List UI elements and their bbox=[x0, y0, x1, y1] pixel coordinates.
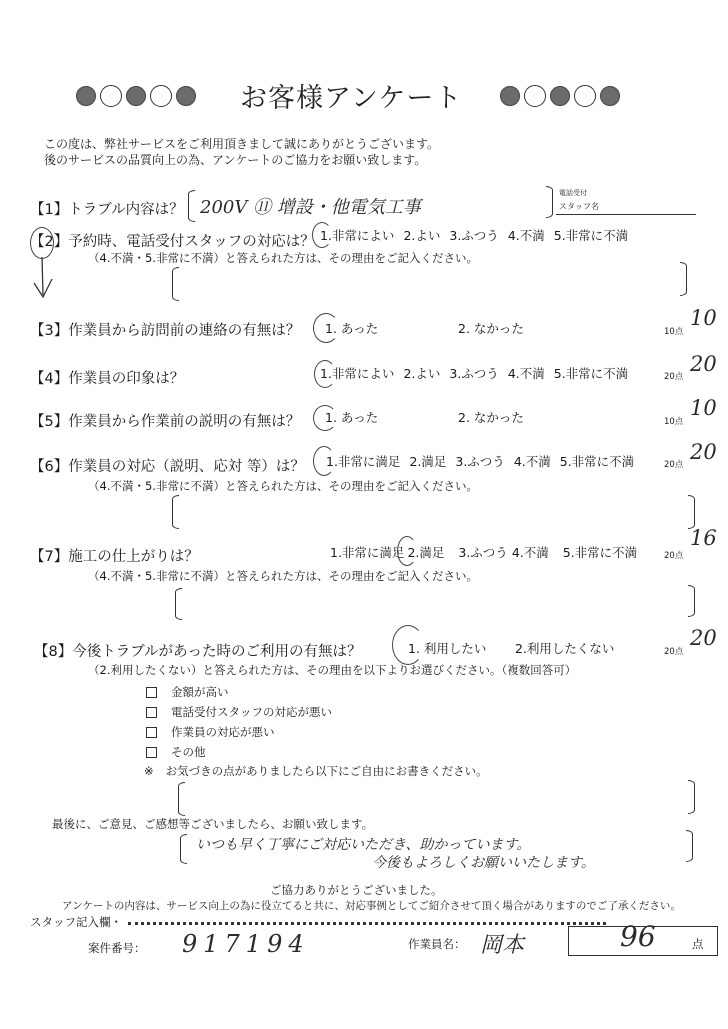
filled-circle-icon bbox=[550, 86, 570, 106]
decorative-dots-right bbox=[500, 86, 620, 107]
reference-mark-icon: ※ bbox=[144, 764, 154, 778]
q8-option-1[interactable]: 1. 利用したい bbox=[408, 639, 486, 657]
q4-option-2[interactable]: 2.よい bbox=[403, 366, 440, 381]
q6-reason-bracket-right bbox=[688, 495, 695, 529]
checkbox[interactable] bbox=[146, 707, 157, 718]
q2-label: 【2】予約時、電話受付スタッフの対応は？ bbox=[30, 230, 315, 251]
q2-option-4[interactable]: 4.不満 bbox=[508, 228, 545, 243]
q1-answer-field[interactable]: 200V ⑪ 增設・他電気工事 bbox=[200, 193, 421, 219]
closing-prompt: 最後に、ご意見、ご感想等ございましたら、お願い致します。 bbox=[52, 816, 373, 832]
q7-text: 施工の仕上がりは？ bbox=[68, 549, 199, 565]
arrow-down-icon bbox=[32, 257, 56, 301]
q6-option-1[interactable]: 1.非常に満足 bbox=[326, 454, 400, 469]
q5-number: 【5】 bbox=[30, 414, 68, 430]
filled-circle-icon bbox=[126, 86, 146, 106]
q6-number: 【6】 bbox=[30, 459, 68, 475]
q4-option-4[interactable]: 4.不満 bbox=[508, 366, 545, 381]
q1-label: 【1】トラブル内容は？ bbox=[30, 198, 184, 219]
checkbox[interactable] bbox=[146, 727, 157, 738]
comment-bracket-left bbox=[180, 834, 187, 864]
checkbox-label: 作業員の対応が悪い bbox=[171, 725, 275, 739]
q8-text: 今後トラブルがあった時のご利用の有無は？ bbox=[72, 644, 361, 660]
disclaimer-text: アンケートの内容は、サービス向上の為に役立てると共に、対応事例としてご紹介させて… bbox=[62, 898, 681, 913]
q7-option-4[interactable]: 4.不満 bbox=[512, 545, 549, 560]
q2-reason-prompt: （4.不満・5.非常に不満）と答えられた方は、その理由をご記入ください。 bbox=[88, 250, 478, 266]
q6-max-points: 20点 bbox=[664, 458, 683, 470]
q6-option-5[interactable]: 5.非常に不満 bbox=[560, 454, 634, 469]
q6-score[interactable]: 20 bbox=[690, 440, 717, 464]
q5-label: 【5】作業員から作業前の説明の有無は？ bbox=[30, 410, 300, 431]
intro-line-1: この度は、弊社サービスをご利用頂きまして誠にありがとうございます。 bbox=[44, 136, 439, 152]
q6-option-4[interactable]: 4.不満 bbox=[514, 454, 551, 469]
q2-selected-circle bbox=[312, 222, 332, 248]
q3-option-1[interactable]: 1. あった bbox=[325, 319, 378, 337]
q7-score[interactable]: 16 bbox=[690, 526, 717, 550]
q5-text: 作業員から作業前の説明の有無は？ bbox=[68, 414, 300, 430]
q8-free-bracket-left bbox=[178, 782, 185, 816]
q4-max-points: 20点 bbox=[664, 370, 683, 382]
q2-reason-bracket-left bbox=[172, 267, 179, 301]
score-unit: 点 bbox=[692, 936, 704, 952]
q6-option-3[interactable]: 3.ふつう bbox=[455, 454, 504, 469]
q5-score[interactable]: 10 bbox=[690, 396, 717, 420]
q8-free-text-field[interactable] bbox=[186, 782, 686, 812]
q6-label: 【6】作業員の対応（説明、応対 等）は？ bbox=[30, 455, 305, 476]
q3-max-points: 10点 bbox=[664, 325, 683, 337]
checkbox-label: 金額が高い bbox=[171, 685, 229, 699]
q8-checkbox-item[interactable]: 金額が高い bbox=[146, 684, 229, 700]
q7-reason-bracket-left bbox=[175, 588, 182, 620]
worker-name-label: 作業員名： bbox=[408, 936, 466, 952]
filled-circle-icon bbox=[500, 86, 520, 106]
q1-bracket-right bbox=[546, 186, 553, 218]
q7-selected-circle bbox=[397, 536, 417, 566]
q7-option-1[interactable]: 1.非常に満足 bbox=[330, 545, 404, 560]
case-number-label: 案件番号： bbox=[88, 940, 146, 956]
q2-option-5[interactable]: 5.非常に不満 bbox=[554, 228, 628, 243]
comment-line-2[interactable]: 今後もよろしくお願いいたします。 bbox=[372, 852, 595, 872]
comment-line-1[interactable]: いつも早く丁寧にご対応いただき、助かっています。 bbox=[196, 834, 530, 854]
total-score-value[interactable]: 96 bbox=[620, 920, 656, 953]
q6-option-2[interactable]: 2.満足 bbox=[409, 454, 446, 469]
q3-number: 【3】 bbox=[30, 323, 68, 339]
q4-options: 1.非常によい2.よい3.ふつう4.不満5.非常に不満 bbox=[320, 364, 628, 382]
filled-circle-icon bbox=[76, 86, 96, 106]
checkbox[interactable] bbox=[146, 747, 157, 758]
q4-option-5[interactable]: 5.非常に不満 bbox=[554, 366, 628, 381]
q8-checkbox-item[interactable]: 電話受付スタッフの対応が悪い bbox=[146, 704, 332, 720]
thanks-text: ご協力ありがとうございました。 bbox=[270, 882, 443, 898]
q8-number: 【8】 bbox=[34, 644, 72, 660]
empty-circle-icon bbox=[100, 85, 122, 107]
dotted-separator bbox=[128, 922, 606, 925]
q7-options: 1.非常に満足2.満足3.ふつう4.不満5.非常に不満 bbox=[330, 543, 637, 561]
q2-number: 【2】 bbox=[30, 234, 68, 250]
staff-section-label: スタッフ記入欄・ bbox=[30, 914, 122, 930]
q8-score[interactable]: 20 bbox=[690, 626, 717, 650]
checkbox[interactable] bbox=[146, 687, 157, 698]
q8-max-points: 20点 bbox=[664, 645, 683, 657]
worker-name-value[interactable]: 岡本 bbox=[480, 928, 524, 959]
q8-note-text: お気づきの点がありましたら以下にご自由にお書きください。 bbox=[166, 764, 488, 778]
q7-reason-bracket-right bbox=[688, 585, 695, 617]
q3-text: 作業員から訪問前の連絡の有無は？ bbox=[68, 323, 300, 339]
q1-text: トラブル内容は？ bbox=[68, 202, 183, 218]
q6-reason-bracket-left bbox=[172, 495, 179, 529]
q7-reason-prompt: （4.不満・5.非常に不満）と答えられた方は、その理由をご記入ください。 bbox=[88, 568, 478, 584]
q6-text: 作業員の対応（説明、応対 等）は？ bbox=[68, 459, 305, 475]
q8-checkbox-item[interactable]: その他 bbox=[146, 744, 206, 760]
empty-circle-icon bbox=[574, 85, 596, 107]
filled-circle-icon bbox=[176, 86, 196, 106]
checkbox-label: 電話受付スタッフの対応が悪い bbox=[171, 705, 332, 719]
q8-option-2[interactable]: 2.利用したくない bbox=[515, 639, 614, 657]
q6-reason-prompt: （4.不満・5.非常に不満）と答えられた方は、その理由をご記入ください。 bbox=[88, 478, 478, 494]
q5-option-2[interactable]: 2. なかった bbox=[458, 408, 524, 426]
q6-options: 1.非常に満足2.満足3.ふつう4.不満5.非常に不満 bbox=[326, 452, 634, 470]
q4-number: 【4】 bbox=[30, 371, 68, 387]
q2-reason-bracket-right bbox=[680, 262, 687, 296]
checkbox-label: その他 bbox=[171, 745, 206, 759]
q7-option-5[interactable]: 5.非常に不満 bbox=[563, 545, 637, 560]
q8-note: ※お気づきの点がありましたら以下にご自由にお書きください。 bbox=[144, 763, 488, 779]
q4-option-1[interactable]: 1.非常によい bbox=[320, 366, 394, 381]
empty-circle-icon bbox=[524, 85, 546, 107]
q7-label: 【7】施工の仕上がりは？ bbox=[30, 545, 199, 566]
q7-option-3[interactable]: 3.ふつう bbox=[458, 545, 507, 560]
staff-reception-label-2: スタッフ名 bbox=[559, 201, 599, 212]
survey-header: お客様アンケート bbox=[0, 76, 728, 116]
q3-score[interactable]: 10 bbox=[690, 306, 717, 330]
filled-circle-icon bbox=[600, 86, 620, 106]
q2-reason-field[interactable] bbox=[180, 268, 680, 298]
q8-checkbox-item[interactable]: 作業員の対応が悪い bbox=[146, 724, 275, 740]
q5-max-points: 10点 bbox=[664, 415, 683, 427]
q7-reason-field[interactable] bbox=[183, 588, 683, 618]
comment-bracket-right bbox=[686, 830, 693, 862]
q4-label: 【4】作業員の印象は？ bbox=[30, 367, 184, 388]
staff-reception-field[interactable] bbox=[556, 214, 696, 215]
q4-score[interactable]: 20 bbox=[690, 352, 717, 376]
q1-bracket-left bbox=[188, 190, 195, 222]
q1-number: 【1】 bbox=[30, 202, 68, 218]
q8-label: 【8】今後トラブルがあった時のご利用の有無は？ bbox=[34, 640, 362, 661]
q3-option-2[interactable]: 2. なかった bbox=[458, 319, 524, 337]
page-title: お客様アンケート bbox=[240, 76, 462, 115]
q2-option-3[interactable]: 3.ふつう bbox=[449, 228, 498, 243]
q2-options: 1.非常によい2.よい3.ふつう4.不満5.非常に不満 bbox=[320, 226, 628, 244]
q7-number: 【7】 bbox=[30, 549, 68, 565]
empty-circle-icon bbox=[150, 85, 172, 107]
q2-option-2[interactable]: 2.よい bbox=[403, 228, 440, 243]
decorative-dots-left bbox=[76, 86, 196, 107]
q8-free-bracket-right bbox=[688, 780, 695, 814]
q3-label: 【3】作業員から訪問前の連絡の有無は？ bbox=[30, 319, 300, 340]
intro-line-2: 後のサービスの品質向上の為、アンケートのご協力をお願い致します。 bbox=[44, 152, 426, 168]
q2-text: 予約時、電話受付スタッフの対応は？ bbox=[68, 234, 315, 250]
q6-reason-field[interactable] bbox=[180, 496, 680, 526]
q7-max-points: 20点 bbox=[664, 549, 683, 561]
q4-option-3[interactable]: 3.ふつう bbox=[449, 366, 498, 381]
q8-reason-prompt: （2.利用したくない）と答えられた方は、その理由を以下よりお選びください。（複数… bbox=[88, 662, 576, 678]
staff-reception-label-1: 電話受付 bbox=[559, 188, 587, 198]
q4-text: 作業員の印象は？ bbox=[68, 371, 184, 387]
case-number-value[interactable]: 917194 bbox=[182, 930, 310, 958]
q5-option-1[interactable]: 1. あった bbox=[325, 408, 378, 426]
